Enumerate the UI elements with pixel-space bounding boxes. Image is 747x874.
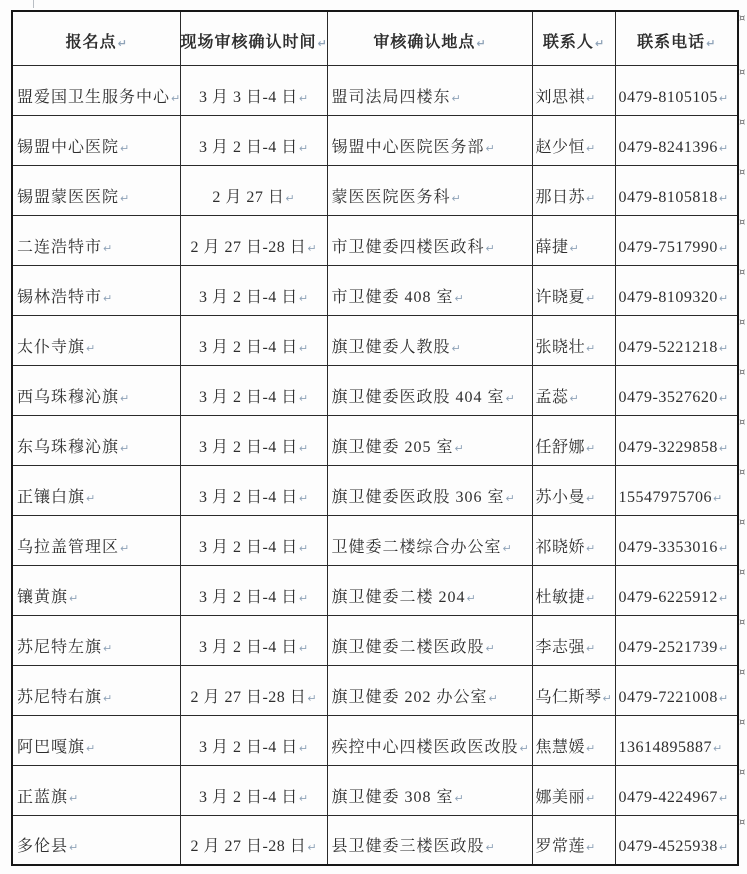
cell-registration-point: 锡林浩特市↵: [12, 265, 180, 315]
table-body: 盟爱国卫生服务中心↵3 月 3 日-4 日↵盟司法局四楼东↵刘思祺↵0479-8…: [12, 65, 738, 865]
cell-text: 镶黄旗: [17, 589, 68, 606]
cell-contact-name: 祁晓娇↵: [532, 515, 615, 565]
paragraph-mark-icon: ↵: [299, 142, 308, 155]
paragraph-mark-icon: ↵: [503, 542, 512, 555]
row-end-mark-icon: ¤: [739, 368, 745, 378]
table-row: 苏尼特左旗↵3 月 2 日-4 日↵旗卫健委二楼医政股↵李志强↵0479-252…: [12, 615, 738, 665]
paragraph-mark-icon: ↵: [171, 92, 180, 105]
paragraph-mark-icon: ↵: [86, 742, 95, 755]
cell-review-time: 2 月 27 日-28 日↵: [180, 815, 327, 865]
paragraph-mark-icon: ↵: [120, 192, 129, 205]
table-row: 西乌珠穆沁旗↵3 月 2 日-4 日↵旗卫健委医政股 404 室↵孟蕊↵0479…: [12, 365, 738, 415]
table-row: 苏尼特右旗↵2 月 27 日-28 日↵旗卫健委 202 办公室↵乌仁斯琴↵04…: [12, 665, 738, 715]
cell-registration-point: 锡盟中心医院↵: [12, 115, 180, 165]
paragraph-mark-icon: ↵: [719, 142, 728, 155]
paragraph-mark-icon: ↵: [489, 692, 498, 705]
cell-contact-name: 薛捷↵: [532, 215, 615, 265]
paragraph-mark-icon: ↵: [285, 192, 294, 205]
row-end-mark-icon: ¤: [739, 768, 745, 778]
cell-text: 3 月 2 日-4 日: [199, 539, 298, 556]
cell-contact-name: 李志强↵: [532, 615, 615, 665]
cell-text: 多伦县: [17, 838, 68, 855]
row-end-mark-icon: ¤: [739, 568, 745, 578]
paragraph-mark-icon: ↵: [719, 792, 728, 805]
cell-review-time: 3 月 2 日-4 日↵: [180, 615, 327, 665]
table-row: 东乌珠穆沁旗↵3 月 2 日-4 日↵旗卫健委 205 室↵任舒娜↵0479-3…: [12, 415, 738, 465]
paragraph-mark-icon: ↵: [713, 492, 722, 505]
cell-text: 杜敏捷: [536, 589, 586, 606]
paragraph-mark-icon: ↵: [69, 592, 78, 605]
cell-registration-point: 太仆寺旗↵: [12, 315, 180, 365]
cell-text: 苏尼特左旗: [17, 639, 102, 656]
ruler-tick: [33, 0, 34, 8]
cell-review-location: 盟司法局四楼东↵: [327, 65, 532, 115]
cell-text: 焦慧媛: [536, 739, 586, 756]
cell-text: 乌仁斯琴: [536, 689, 602, 706]
cell-contact-name: 乌仁斯琴↵: [532, 665, 615, 715]
paragraph-mark-icon: ↵: [719, 841, 728, 854]
paragraph-mark-icon: ↵: [452, 192, 461, 205]
cell-text: 锡林浩特市: [17, 289, 102, 306]
cell-text: 正镶白旗: [17, 489, 85, 506]
cell-text: 市卫健委四楼医政科: [332, 239, 485, 256]
paragraph-mark-icon: ↵: [586, 292, 595, 305]
paragraph-mark-icon: ↵: [719, 642, 728, 655]
cell-text: 苏小曼: [536, 489, 586, 506]
cell-contact-name: 赵少恒↵: [532, 115, 615, 165]
cell-review-location: 旗卫健委二楼 204↵: [327, 565, 532, 615]
cell-text: 东乌珠穆沁旗: [17, 439, 119, 456]
cell-review-location: 卫健委二楼综合办公室↵: [327, 515, 532, 565]
cell-contact-phone: 0479-3527620↵: [615, 365, 738, 415]
cell-review-location: 旗卫健委 205 室↵: [327, 415, 532, 465]
paragraph-mark-icon: ↵: [307, 692, 316, 705]
cell-text: 旗卫健委 205 室: [332, 439, 454, 456]
paragraph-mark-icon: ↵: [506, 492, 515, 505]
cell-registration-point: 西乌珠穆沁旗↵: [12, 365, 180, 415]
paragraph-mark-icon: ↵: [299, 442, 308, 455]
cell-registration-point: 二连浩特市↵: [12, 215, 180, 265]
cell-review-location: 市卫健委四楼医政科↵: [327, 215, 532, 265]
cell-review-time: 3 月 2 日-4 日↵: [180, 515, 327, 565]
paragraph-mark-icon: ↵: [467, 592, 476, 605]
paragraph-mark-icon: ↵: [86, 492, 95, 505]
cell-text: 旗卫健委 308 室: [332, 789, 454, 806]
cell-text: 祁晓娇: [536, 539, 586, 556]
cell-registration-point: 乌拉盖管理区↵: [12, 515, 180, 565]
row-end-mark-icon: ¤: [739, 318, 745, 328]
paragraph-mark-icon: ↵: [719, 192, 728, 205]
paragraph-mark-icon: ↵: [713, 742, 722, 755]
cell-contact-phone: 0479-3353016↵: [615, 515, 738, 565]
paragraph-mark-icon: ↵: [595, 37, 604, 50]
cell-contact-phone: 13614895887↵: [615, 715, 738, 765]
cell-review-location: 旗卫健委 308 室↵: [327, 765, 532, 815]
cell-contact-phone: 0479-4525938↵: [615, 815, 738, 865]
cell-contact-name: 刘思祺↵: [532, 65, 615, 115]
paragraph-mark-icon: ↵: [69, 792, 78, 805]
header-contact-name: 联系人↵: [532, 11, 615, 65]
paragraph-mark-icon: ↵: [586, 192, 595, 205]
cell-contact-phone: 0479-2521739↵: [615, 615, 738, 665]
cell-text: 罗常莲: [536, 838, 586, 855]
cell-text: 0479-4224967: [619, 789, 718, 806]
paragraph-mark-icon: ↵: [307, 242, 316, 255]
paragraph-mark-icon: ↵: [103, 242, 112, 255]
cell-text: 赵少恒: [536, 139, 586, 156]
paragraph-mark-icon: ↵: [719, 592, 728, 605]
cell-registration-point: 多伦县↵: [12, 815, 180, 865]
cell-registration-point: 正蓝旗↵: [12, 765, 180, 815]
paragraph-mark-icon: ↵: [586, 642, 595, 655]
cell-contact-name: 那日苏↵: [532, 165, 615, 215]
cell-review-location: 疾控中心四楼医政医改股↵: [327, 715, 532, 765]
cell-text: 0479-3229858: [619, 439, 718, 456]
paragraph-mark-icon: ↵: [452, 92, 461, 105]
cell-text: 盟爱国卫生服务中心: [17, 89, 170, 106]
row-end-mark-icon: ¤: [739, 668, 745, 678]
cell-text: 锡盟蒙医医院: [17, 189, 119, 206]
cell-contact-phone: 0479-3229858↵: [615, 415, 738, 465]
cell-review-location: 县卫健委三楼医政股↵: [327, 815, 532, 865]
paragraph-mark-icon: ↵: [719, 692, 728, 705]
paragraph-mark-icon: ↵: [586, 841, 595, 854]
paragraph-mark-icon: ↵: [506, 392, 515, 405]
paragraph-mark-icon: ↵: [719, 442, 728, 455]
cell-review-location: 旗卫健委医政股 306 室↵: [327, 465, 532, 515]
cell-registration-point: 盟爱国卫生服务中心↵: [12, 65, 180, 115]
cell-review-location: 蒙医医院医务科↵: [327, 165, 532, 215]
cell-contact-name: 焦慧媛↵: [532, 715, 615, 765]
row-end-mark-icon: ¤: [739, 718, 745, 728]
cell-text: 0479-4525938: [619, 838, 718, 855]
row-end-mark-icon: ¤: [739, 68, 745, 78]
paragraph-mark-icon: ↵: [86, 342, 95, 355]
cell-text: 0479-3527620: [619, 389, 718, 406]
cell-review-time: 3 月 2 日-4 日↵: [180, 365, 327, 415]
review-confirmation-table: 报名点↵ 现场审核确认时间↵ 审核确认地点↵ 联系人↵ 联系电话↵ 盟爱国卫生服…: [11, 10, 739, 866]
cell-text: 0479-8105105: [619, 89, 718, 106]
cell-contact-phone: 0479-6225912↵: [615, 565, 738, 615]
paragraph-mark-icon: ↵: [120, 442, 129, 455]
cell-text: 3 月 2 日-4 日: [199, 389, 298, 406]
paragraph-mark-icon: ↵: [719, 542, 728, 555]
cell-text: 卫健委二楼综合办公室: [332, 539, 502, 556]
header-label: 报名点: [66, 34, 117, 51]
paragraph-mark-icon: ↵: [120, 542, 129, 555]
cell-text: 旗卫健委人教股: [332, 339, 451, 356]
cell-review-time: 3 月 2 日-4 日↵: [180, 465, 327, 515]
paragraph-mark-icon: ↵: [455, 292, 464, 305]
cell-contact-phone: 0479-8109320↵: [615, 265, 738, 315]
paragraph-mark-icon: ↵: [299, 542, 308, 555]
cell-text: 孟蕊: [536, 389, 569, 406]
paragraph-mark-icon: ↵: [120, 142, 129, 155]
cell-text: 旗卫健委医政股 404 室: [332, 389, 505, 406]
paragraph-mark-icon: ↵: [299, 492, 308, 505]
cell-review-time: 2 月 27 日-28 日↵: [180, 215, 327, 265]
cell-text: 0479-7517990: [619, 239, 718, 256]
table-row: 盟爱国卫生服务中心↵3 月 3 日-4 日↵盟司法局四楼东↵刘思祺↵0479-8…: [12, 65, 738, 115]
cell-text: 0479-8105818: [619, 189, 718, 206]
row-end-mark-icon: ¤: [739, 14, 745, 24]
cell-review-time: 2 月 27 日-28 日↵: [180, 665, 327, 715]
row-end-mark-icon: ¤: [739, 618, 745, 628]
cell-text: 0479-8241396: [619, 139, 718, 156]
table-row: 太仆寺旗↵3 月 2 日-4 日↵旗卫健委人教股↵张晓壮↵0479-522121…: [12, 315, 738, 365]
paragraph-mark-icon: ↵: [299, 592, 308, 605]
cell-text: 3 月 2 日-4 日: [199, 589, 298, 606]
paragraph-mark-icon: ↵: [299, 342, 308, 355]
cell-text: 任舒娜: [536, 439, 586, 456]
cell-text: 2 月 27 日: [212, 189, 284, 206]
cell-review-time: 3 月 3 日-4 日↵: [180, 65, 327, 115]
paragraph-mark-icon: ↵: [586, 142, 595, 155]
row-end-mark-icon: ¤: [739, 418, 745, 428]
cell-text: 0479-5221218: [619, 339, 718, 356]
cell-text: 正蓝旗: [17, 789, 68, 806]
paragraph-mark-icon: ↵: [299, 392, 308, 405]
cell-contact-name: 杜敏捷↵: [532, 565, 615, 615]
cell-contact-name: 任舒娜↵: [532, 415, 615, 465]
paragraph-mark-icon: ↵: [486, 142, 495, 155]
cell-text: 3 月 2 日-4 日: [199, 739, 298, 756]
cell-contact-phone: 0479-5221218↵: [615, 315, 738, 365]
paragraph-mark-icon: ↵: [706, 37, 715, 50]
cell-contact-phone: 15547975706↵: [615, 465, 738, 515]
cell-text: 许晓夏: [536, 289, 586, 306]
cell-text: 0479-8109320: [619, 289, 718, 306]
table-row: 锡盟中心医院↵3 月 2 日-4 日↵锡盟中心医院医务部↵赵少恒↵0479-82…: [12, 115, 738, 165]
paragraph-mark-icon: ↵: [586, 592, 595, 605]
cell-text: 疾控中心四楼医政医改股: [332, 739, 519, 756]
table-row: 阿巴嘎旗↵3 月 2 日-4 日↵疾控中心四楼医政医改股↵焦慧媛↵1361489…: [12, 715, 738, 765]
cell-text: 3 月 3 日-4 日: [199, 89, 298, 106]
cell-text: 苏尼特右旗: [17, 689, 102, 706]
cell-text: 市卫健委 408 室: [332, 289, 454, 306]
cell-review-time: 3 月 2 日-4 日↵: [180, 115, 327, 165]
paragraph-mark-icon: ↵: [719, 392, 728, 405]
paragraph-mark-icon: ↵: [719, 342, 728, 355]
cell-contact-phone: 0479-7517990↵: [615, 215, 738, 265]
cell-review-location: 锡盟中心医院医务部↵: [327, 115, 532, 165]
cell-contact-name: 许晓夏↵: [532, 265, 615, 315]
cell-registration-point: 苏尼特左旗↵: [12, 615, 180, 665]
row-end-mark-icon: ¤: [739, 168, 745, 178]
header-label: 联系电话: [637, 34, 705, 51]
cell-text: 2 月 27 日-28 日: [190, 838, 306, 855]
cell-text: 薛捷: [536, 239, 569, 256]
paragraph-mark-icon: ↵: [719, 292, 728, 305]
cell-review-time: 3 月 2 日-4 日↵: [180, 265, 327, 315]
paragraph-mark-icon: ↵: [299, 742, 308, 755]
cell-text: 3 月 2 日-4 日: [199, 439, 298, 456]
row-end-mark-icon: ¤: [739, 118, 745, 128]
paragraph-mark-icon: ↵: [103, 292, 112, 305]
cell-review-location: 旗卫健委二楼医政股↵: [327, 615, 532, 665]
cell-review-location: 旗卫健委 202 办公室↵: [327, 665, 532, 715]
cell-text: 2 月 27 日-28 日: [190, 689, 306, 706]
cell-text: 旗卫健委二楼 204: [332, 589, 466, 606]
header-registration-point: 报名点↵: [12, 11, 180, 65]
cell-text: 0479-7221008: [619, 689, 718, 706]
cell-text: 2 月 27 日-28 日: [190, 239, 306, 256]
cell-text: 二连浩特市: [17, 239, 102, 256]
cell-review-time: 3 月 2 日-4 日↵: [180, 315, 327, 365]
paragraph-mark-icon: ↵: [603, 692, 612, 705]
row-end-mark-icon: ¤: [739, 268, 745, 278]
header-label: 审核确认地点: [373, 34, 475, 51]
header-review-time: 现场审核确认时间↵: [180, 11, 327, 65]
header-review-location: 审核确认地点↵: [327, 11, 532, 65]
paragraph-mark-icon: ↵: [719, 92, 728, 105]
cell-text: 乌拉盖管理区: [17, 539, 119, 556]
cell-text: 0479-2521739: [619, 639, 718, 656]
paragraph-mark-icon: ↵: [307, 841, 316, 854]
paragraph-mark-icon: ↵: [120, 392, 129, 405]
cell-text: 阿巴嘎旗: [17, 739, 85, 756]
cell-text: 锡盟中心医院: [17, 139, 119, 156]
paragraph-mark-icon: ↵: [586, 442, 595, 455]
paragraph-mark-icon: ↵: [586, 792, 595, 805]
cell-text: 刘思祺: [536, 89, 586, 106]
cell-text: 县卫健委三楼医政股: [332, 838, 485, 855]
cell-text: 蒙医医院医务科: [332, 189, 451, 206]
cell-review-time: 3 月 2 日-4 日↵: [180, 415, 327, 465]
paragraph-mark-icon: ↵: [455, 792, 464, 805]
cell-text: 旗卫健委医政股 306 室: [332, 489, 505, 506]
cell-text: 3 月 2 日-4 日: [199, 639, 298, 656]
cell-contact-name: 张晓壮↵: [532, 315, 615, 365]
table-row: 乌拉盖管理区↵3 月 2 日-4 日↵卫健委二楼综合办公室↵祁晓娇↵0479-3…: [12, 515, 738, 565]
cell-contact-phone: 0479-8105105↵: [615, 65, 738, 115]
cell-registration-point: 锡盟蒙医医院↵: [12, 165, 180, 215]
cell-text: 15547975706: [619, 489, 713, 506]
paragraph-mark-icon: ↵: [452, 342, 461, 355]
paragraph-mark-icon: ↵: [719, 242, 728, 255]
paragraph-mark-icon: ↵: [586, 542, 595, 555]
paragraph-mark-icon: ↵: [299, 642, 308, 655]
table-row: 锡林浩特市↵3 月 2 日-4 日↵市卫健委 408 室↵许晓夏↵0479-81…: [12, 265, 738, 315]
cell-contact-name: 娜美丽↵: [532, 765, 615, 815]
cell-text: 张晓壮: [536, 339, 586, 356]
cell-text: 李志强: [536, 639, 586, 656]
cell-review-location: 旗卫健委人教股↵: [327, 315, 532, 365]
cell-contact-name: 苏小曼↵: [532, 465, 615, 515]
cell-text: 旗卫健委二楼医政股: [332, 639, 485, 656]
cell-text: 3 月 2 日-4 日: [199, 339, 298, 356]
paragraph-mark-icon: ↵: [455, 442, 464, 455]
cell-text: 娜美丽: [536, 789, 586, 806]
header-label: 联系人: [543, 34, 594, 51]
table-row: 二连浩特市↵2 月 27 日-28 日↵市卫健委四楼医政科↵薛捷↵0479-75…: [12, 215, 738, 265]
cell-text: 那日苏: [536, 189, 586, 206]
cell-text: 盟司法局四楼东: [332, 89, 451, 106]
cell-review-time: 3 月 2 日-4 日↵: [180, 765, 327, 815]
header-contact-phone: 联系电话↵: [615, 11, 738, 65]
paragraph-mark-icon: ↵: [486, 242, 495, 255]
paragraph-mark-icon: ↵: [570, 392, 579, 405]
cell-review-location: 旗卫健委医政股 404 室↵: [327, 365, 532, 415]
cell-registration-point: 镶黄旗↵: [12, 565, 180, 615]
cell-contact-phone: 0479-7221008↵: [615, 665, 738, 715]
cell-text: 13614895887: [619, 739, 713, 756]
cell-registration-point: 苏尼特右旗↵: [12, 665, 180, 715]
cell-text: 太仆寺旗: [17, 339, 85, 356]
cell-review-location: 市卫健委 408 室↵: [327, 265, 532, 315]
cell-text: 0479-6225912: [619, 589, 718, 606]
cell-text: 3 月 2 日-4 日: [199, 139, 298, 156]
paragraph-mark-icon: ↵: [69, 841, 78, 854]
cell-registration-point: 东乌珠穆沁旗↵: [12, 415, 180, 465]
cell-text: 0479-3353016: [619, 539, 718, 556]
header-label: 现场审核确认时间: [181, 34, 317, 51]
paragraph-mark-icon: ↵: [570, 242, 579, 255]
table-row: 锡盟蒙医医院↵2 月 27 日↵蒙医医院医务科↵那日苏↵0479-8105818…: [12, 165, 738, 215]
paragraph-mark-icon: ↵: [103, 692, 112, 705]
header-row: 报名点↵ 现场审核确认时间↵ 审核确认地点↵ 联系人↵ 联系电话↵: [12, 11, 738, 65]
paragraph-mark-icon: ↵: [586, 742, 595, 755]
document-page: 报名点↵ 现场审核确认时间↵ 审核确认地点↵ 联系人↵ 联系电话↵ 盟爱国卫生服…: [0, 0, 747, 874]
cell-review-time: 2 月 27 日↵: [180, 165, 327, 215]
cell-contact-phone: 0479-8105818↵: [615, 165, 738, 215]
table-row: 正蓝旗↵3 月 2 日-4 日↵旗卫健委 308 室↵娜美丽↵0479-4224…: [12, 765, 738, 815]
cell-registration-point: 正镶白旗↵: [12, 465, 180, 515]
paragraph-mark-icon: ↵: [299, 292, 308, 305]
cell-text: 西乌珠穆沁旗: [17, 389, 119, 406]
paragraph-mark-icon: ↵: [486, 841, 495, 854]
paragraph-mark-icon: ↵: [299, 92, 308, 105]
table-row: 镶黄旗↵3 月 2 日-4 日↵旗卫健委二楼 204↵杜敏捷↵0479-6225…: [12, 565, 738, 615]
cell-contact-phone: 0479-4224967↵: [615, 765, 738, 815]
paragraph-mark-icon: ↵: [586, 342, 595, 355]
cell-text: 3 月 2 日-4 日: [199, 289, 298, 306]
cell-contact-name: 孟蕊↵: [532, 365, 615, 415]
cell-text: 3 月 2 日-4 日: [199, 489, 298, 506]
paragraph-mark-icon: ↵: [118, 37, 127, 50]
table-row: 正镶白旗↵3 月 2 日-4 日↵旗卫健委医政股 306 室↵苏小曼↵15547…: [12, 465, 738, 515]
paragraph-mark-icon: ↵: [520, 742, 529, 755]
cell-review-time: 3 月 2 日-4 日↵: [180, 715, 327, 765]
paragraph-mark-icon: ↵: [586, 492, 595, 505]
paragraph-mark-icon: ↵: [103, 642, 112, 655]
cell-text: 锡盟中心医院医务部: [332, 139, 485, 156]
cell-contact-phone: 0479-8241396↵: [615, 115, 738, 165]
row-end-mark-icon: ¤: [739, 818, 745, 828]
row-end-mark-icon: ¤: [739, 468, 745, 478]
paragraph-mark-icon: ↵: [476, 37, 485, 50]
table-row: 多伦县↵2 月 27 日-28 日↵县卫健委三楼医政股↵罗常莲↵0479-452…: [12, 815, 738, 865]
paragraph-mark-icon: ↵: [586, 92, 595, 105]
row-end-mark-icon: ¤: [739, 518, 745, 528]
cell-text: 3 月 2 日-4 日: [199, 789, 298, 806]
cell-contact-name: 罗常莲↵: [532, 815, 615, 865]
row-end-mark-icon: ¤: [739, 218, 745, 228]
cell-text: 旗卫健委 202 办公室: [332, 689, 488, 706]
paragraph-mark-icon: ↵: [318, 37, 327, 50]
cell-registration-point: 阿巴嘎旗↵: [12, 715, 180, 765]
paragraph-mark-icon: ↵: [299, 792, 308, 805]
paragraph-mark-icon: ↵: [486, 642, 495, 655]
cell-review-time: 3 月 2 日-4 日↵: [180, 565, 327, 615]
